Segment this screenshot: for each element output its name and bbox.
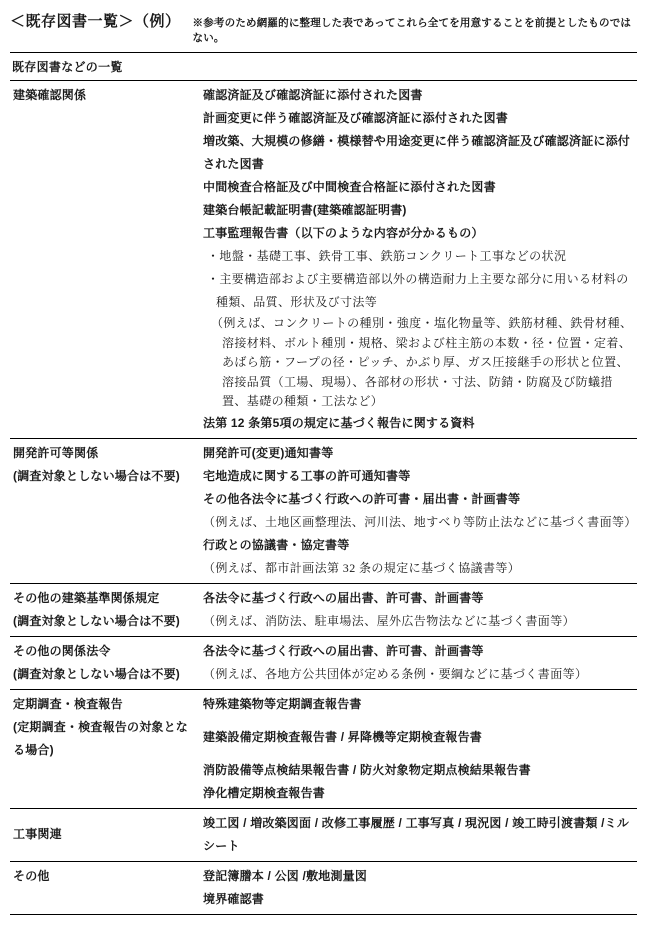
row-category-line: その他の関係法令 bbox=[13, 640, 199, 663]
row-items: 竣工図 / 増改築図面 / 改修工事履歴 / 工事写真 / 現況図 / 竣工時引… bbox=[203, 812, 637, 858]
row-category-line: 定期調査・検査報告 bbox=[13, 693, 199, 716]
row-items: 各法令に基づく行政への届出書、許可書、計画書等（例えば、消防法、駐車場法、屋外広… bbox=[203, 587, 637, 633]
document-item: 開発許可(変更)通知書等 bbox=[203, 442, 635, 465]
row-category: その他の建築基準関係規定(調査対象としない場合は不要) bbox=[10, 587, 203, 633]
row-category-line: (調査対象としない場合は不要) bbox=[13, 663, 199, 686]
row-category-line: (調査対象としない場合は不要) bbox=[13, 465, 199, 488]
document-item: 浄化槽定期検査報告書 bbox=[203, 782, 635, 805]
table-row: 建築確認関係確認済証及び確認済証に添付された図書計画変更に伴う確認済証及び確認済… bbox=[10, 81, 637, 439]
document-item: ・地盤・基礎工事、鉄骨工事、鉄筋コンクリート工事などの状況 bbox=[203, 245, 635, 268]
document-item: 確認済証及び確認済証に添付された図書 bbox=[203, 84, 635, 107]
table-row: 開発許可等関係(調査対象としない場合は不要)開発許可(変更)通知書等宅地造成に関… bbox=[10, 439, 637, 584]
row-category-line: その他の建築基準関係規定 bbox=[13, 587, 199, 610]
page-title-note: ※参考のため網羅的に整理した表であってこれら全てを用意することを前提としたもので… bbox=[193, 15, 637, 45]
document-item: （例えば、都市計画法第 32 条の規定に基づく協議書等） bbox=[203, 557, 635, 580]
document-item: 増改築、大規模の修繕・模様替や用途変更に伴う確認済証及び確認済証に添付された図書 bbox=[203, 130, 635, 176]
row-category: 開発許可等関係(調査対象としない場合は不要) bbox=[10, 442, 203, 580]
document-item: （例えば、土地区画整理法、河川法、地すべり等防止法などに基づく書面等） bbox=[203, 511, 635, 534]
document-item: 工事監理報告書（以下のような内容が分かるもの） bbox=[203, 222, 635, 245]
row-category-line: 工事関連 bbox=[13, 823, 199, 846]
document-item: 竣工図 / 増改築図面 / 改修工事履歴 / 工事写真 / 現況図 / 竣工時引… bbox=[203, 812, 635, 858]
document-item: 中間検査合格証及び中間検査合格証に添付された図書 bbox=[203, 176, 635, 199]
row-items: 各法令に基づく行政への届出書、許可書、計画書等（例えば、各地方公共団体が定める条… bbox=[203, 640, 637, 686]
document-item: 消防設備等点検結果報告書 / 防火対象物定期点検結果報告書 bbox=[203, 759, 635, 782]
title-row: ＜既存図書一覧＞（例） ※参考のため網羅的に整理した表であってこれら全てを用意す… bbox=[10, 6, 637, 53]
document-page: ＜既存図書一覧＞（例） ※参考のため網羅的に整理した表であってこれら全てを用意す… bbox=[0, 0, 645, 925]
document-item: （例えば、消防法、駐車場法、屋外広告物法などに基づく書面等） bbox=[203, 610, 635, 633]
row-category-line: その他 bbox=[13, 865, 199, 888]
document-item: 宅地造成に関する工事の許可通知書等 bbox=[203, 465, 635, 488]
row-items: 確認済証及び確認済証に添付された図書計画変更に伴う確認済証及び確認済証に添付され… bbox=[203, 84, 637, 435]
document-item: 計画変更に伴う確認済証及び確認済証に添付された図書 bbox=[203, 107, 635, 130]
page-title: ＜既存図書一覧＞（例） bbox=[10, 10, 181, 31]
document-item: 境界確認書 bbox=[203, 888, 635, 911]
row-items: 特殊建築物等定期調査報告書建築設備定期検査報告書 / 昇降機等定期検査報告書消防… bbox=[203, 693, 637, 805]
document-item: その他各法令に基づく行政への許可書・届出書・計画書等 bbox=[203, 488, 635, 511]
document-item: 特殊建築物等定期調査報告書 bbox=[203, 693, 635, 716]
row-category: その他の関係法令(調査対象としない場合は不要) bbox=[10, 640, 203, 686]
row-category: その他 bbox=[10, 865, 203, 911]
table-row: その他の建築基準関係規定(調査対象としない場合は不要)各法令に基づく行政への届出… bbox=[10, 584, 637, 637]
table-row: 工事関連竣工図 / 増改築図面 / 改修工事履歴 / 工事写真 / 現況図 / … bbox=[10, 809, 637, 862]
row-items: 開発許可(変更)通知書等宅地造成に関する工事の許可通知書等その他各法令に基づく行… bbox=[203, 442, 637, 580]
row-category-line: (定期調査・検査報告の対象となる場合) bbox=[13, 716, 199, 762]
document-item: （例えば、コンクリートの種別・強度・塩化物量等、鉄筋材種、鉄骨材種、溶接材料、ボ… bbox=[203, 314, 635, 412]
row-category-line: 開発許可等関係 bbox=[13, 442, 199, 465]
document-item: 建築設備定期検査報告書 / 昇降機等定期検査報告書 bbox=[203, 726, 635, 749]
document-item: ・主要構造部および主要構造部以外の構造耐力上主要な部分に用いる材料の種類、品質、… bbox=[203, 268, 635, 314]
document-item: 各法令に基づく行政への届出書、許可書、計画書等 bbox=[203, 587, 635, 610]
row-category: 建築確認関係 bbox=[10, 84, 203, 435]
row-category-line: (調査対象としない場合は不要) bbox=[13, 610, 199, 633]
table-row: 定期調査・検査報告(定期調査・検査報告の対象となる場合)特殊建築物等定期調査報告… bbox=[10, 690, 637, 809]
document-item: 登記簿謄本 / 公図 /敷地測量図 bbox=[203, 865, 635, 888]
document-table: 建築確認関係確認済証及び確認済証に添付された図書計画変更に伴う確認済証及び確認済… bbox=[10, 81, 637, 915]
table-row: その他の関係法令(調査対象としない場合は不要)各法令に基づく行政への届出書、許可… bbox=[10, 637, 637, 690]
row-category-line: 建築確認関係 bbox=[13, 84, 199, 107]
document-item: （例えば、各地方公共団体が定める条例・要綱などに基づく書面等） bbox=[203, 663, 635, 686]
row-items: 登記簿謄本 / 公図 /敷地測量図境界確認書 bbox=[203, 865, 637, 911]
table-row: その他登記簿謄本 / 公図 /敷地測量図境界確認書 bbox=[10, 862, 637, 915]
document-item: 法第 12 条第5項の規定に基づく報告に関する資料 bbox=[203, 412, 635, 435]
row-category: 工事関連 bbox=[10, 823, 203, 846]
document-item: 各法令に基づく行政への届出書、許可書、計画書等 bbox=[203, 640, 635, 663]
document-item: 行政との協議書・協定書等 bbox=[203, 534, 635, 557]
row-category: 定期調査・検査報告(定期調査・検査報告の対象となる場合) bbox=[10, 693, 203, 805]
document-item: 建築台帳記載証明書(建築確認証明書) bbox=[203, 199, 635, 222]
table-header: 既存図書などの一覧 bbox=[10, 53, 637, 81]
